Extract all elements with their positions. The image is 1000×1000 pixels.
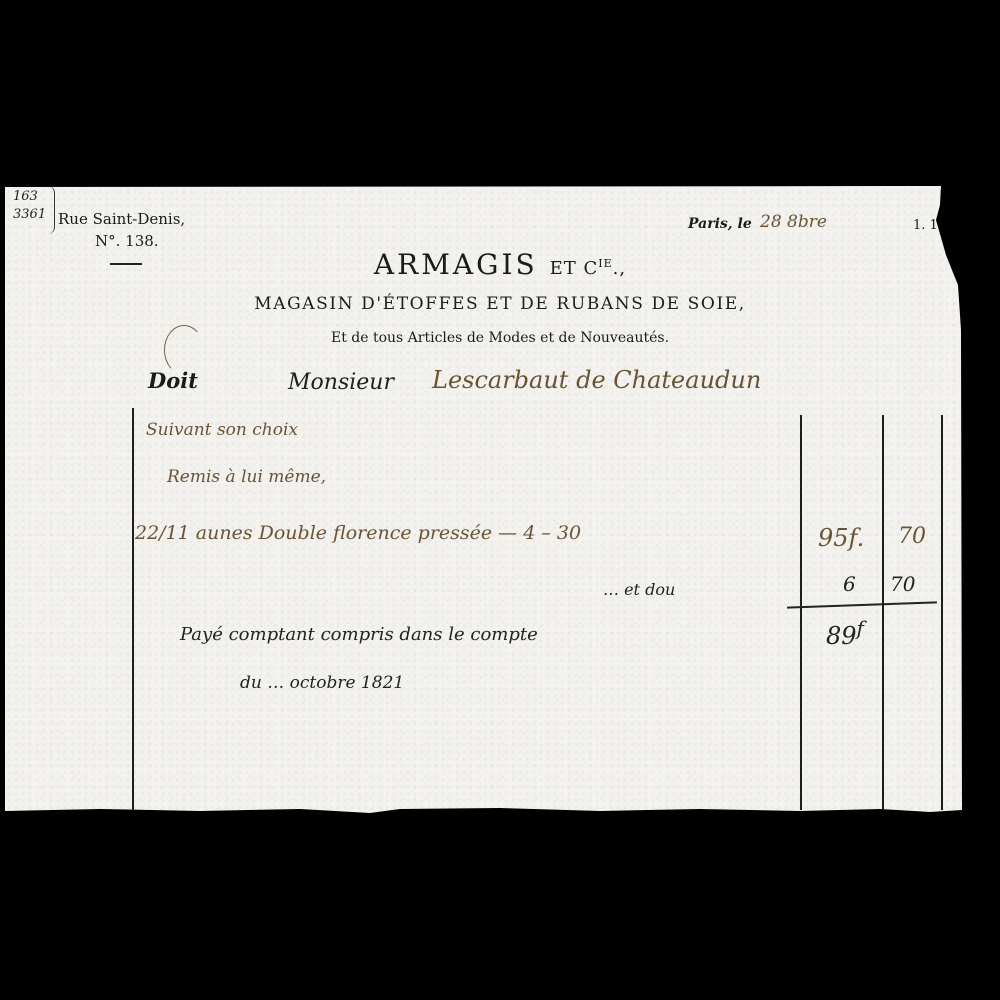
total-amount: 89f [826,616,864,650]
invoice-paper: 163 3361 Rue Saint-Denis, N°. 138. Paris… [0,0,1000,1000]
line-item: Remis à lui même, [167,467,326,487]
firm-suffix: ET CIE., [550,258,626,279]
firm-name: ARMAGIS ET CIE., [0,248,1000,281]
doit-label: Doit [148,368,198,393]
salutation: Monsieur [288,370,394,395]
discount-label: … et dou [603,580,675,599]
amount-francs: 95f. [818,524,864,552]
line-item: 22/11 aunes Double florence pressée — 4 … [135,522,581,544]
firm-name-main: ARMAGIS [374,248,538,281]
margin-note-line: 163 [13,188,46,206]
address-street: Rue Saint-Denis, [58,210,185,228]
left-margin-rule [132,408,134,810]
client-name: Lescarbaut de Chateaudun [432,366,761,394]
margin-note-line: 3361 [13,206,46,224]
firm-subtagline: Et de tous Articles de Modes et de Nouve… [0,330,1000,346]
year-printed: 1. 18 [913,218,946,233]
brace-mark [48,186,55,234]
centimes-column-rule [882,415,884,810]
francs-column-rule [800,415,802,810]
margin-note: 163 3361 [13,188,46,224]
amount-centimes: 70 [898,524,926,549]
discount-centimes: 70 [890,572,915,596]
date-handwritten: 28 8bre [760,212,827,232]
firm-tagline: MAGASIN D'ÉTOFFES ET DE RUBANS DE SOIE, [0,294,1000,314]
amount-francs-value: 95 [818,524,849,552]
firm-suffix-text: ET C [550,258,599,279]
firm-suffix-sup: IE [598,257,612,270]
sum-rule [787,601,937,608]
total-value: 89 [826,622,857,650]
right-column-rule [941,415,943,810]
firm-suffix-punct: ., [613,258,626,279]
amount-francs-unit: f. [849,524,865,552]
acknowledgement-date: du … octobre 1821 [240,673,404,693]
total-unit: f [857,616,864,640]
discount-francs: 6 [843,572,856,596]
acknowledgement-line: Payé comptant compris dans le compte [180,624,538,645]
line-item: Suivant son choix [146,420,298,440]
city-label: Paris, le [688,216,752,232]
